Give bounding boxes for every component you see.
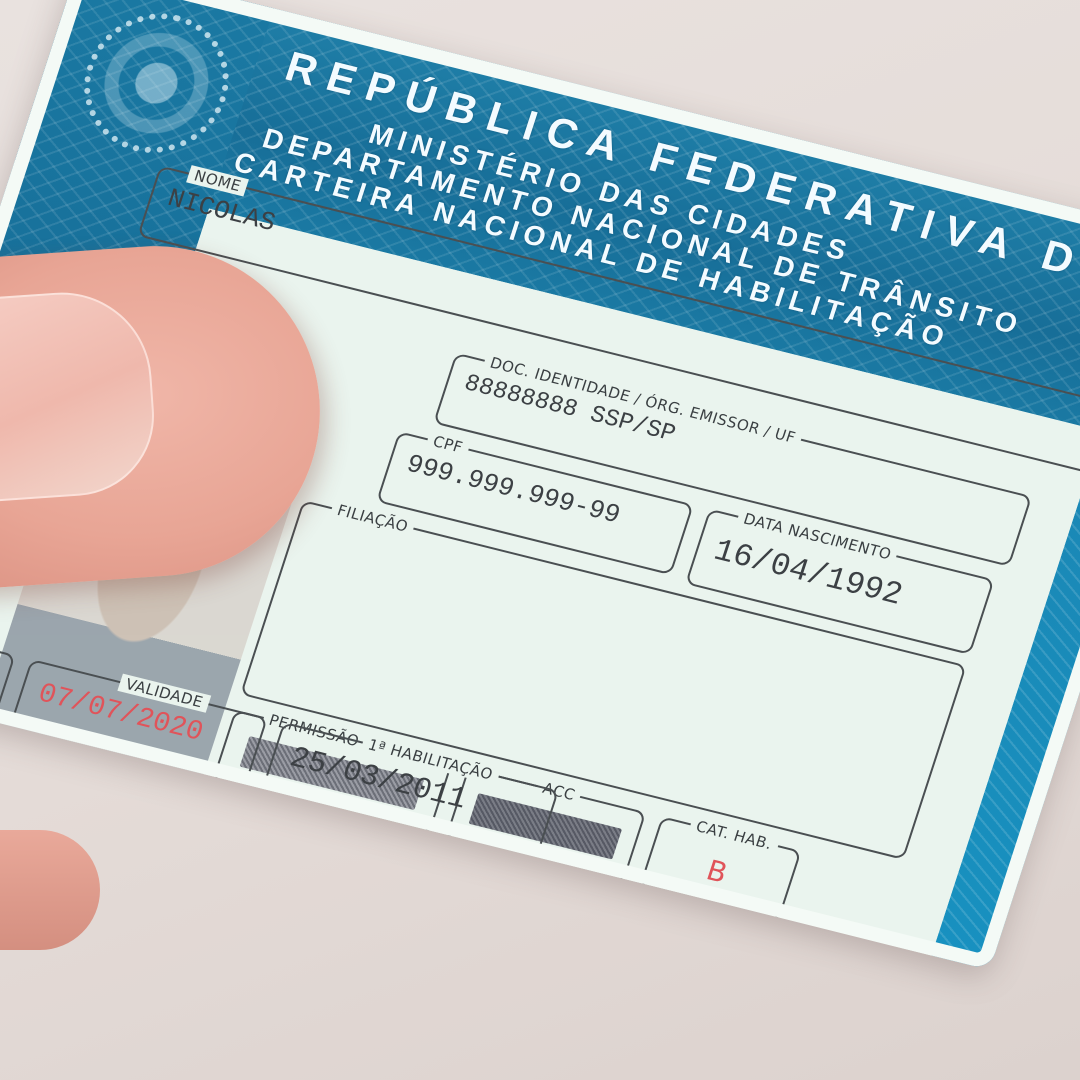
field-value: NICOLAS	[164, 183, 279, 238]
hand-fingers	[0, 830, 100, 950]
thumbnail-nail	[0, 287, 159, 507]
field-value: B	[702, 854, 731, 890]
field-cat-hab: CAT. HAB. B	[639, 816, 802, 921]
